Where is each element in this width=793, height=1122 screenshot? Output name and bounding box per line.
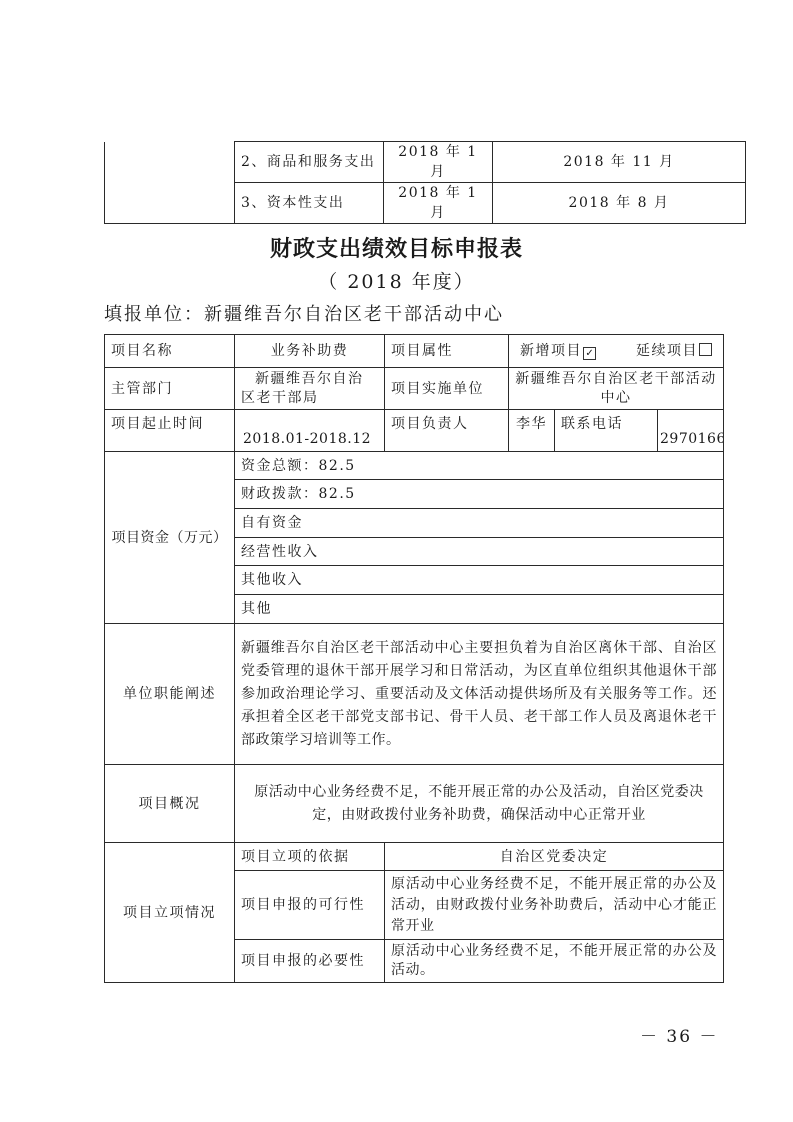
attr-new-label: 新增项目 (520, 343, 582, 359)
overview-text: 原活动中心业务经费不足，不能开展正常的办公及活动，自治区党委决定，由财政拨付业务… (235, 765, 724, 843)
project-name-label: 项目名称 (105, 335, 235, 368)
reporting-unit-value: 新疆维吾尔自治区老干部活动中心 (204, 304, 504, 325)
reporting-unit: 填报单位：新疆维吾尔自治区老干部活动中心 (104, 300, 504, 326)
approval-basis-value: 自治区党委决定 (385, 843, 724, 871)
function-label: 单位职能阐述 (105, 624, 235, 765)
expense-end: 2018 年 8 月 (493, 183, 746, 224)
expense-start: 2018 年 1 月 (384, 142, 493, 183)
attr-new-checkbox[interactable]: ✓ (583, 347, 596, 360)
feasibility-label: 项目申报的可行性 (235, 871, 385, 940)
expense-item: 3、资本性支出 (235, 183, 384, 224)
reporting-unit-label: 填报单位： (104, 304, 204, 325)
period-label: 项目起止时间 (105, 410, 235, 452)
attr-continue-label: 延续项目 (636, 343, 698, 359)
table-row: 项目起止时间 2018.01-2018.12 项目负责人 李华 联系电话 297… (105, 410, 724, 452)
dept-value: 新疆维吾尔自治区老干部局 (235, 368, 385, 410)
dept-label: 主管部门 (105, 368, 235, 410)
project-attr-label: 项目属性 (385, 335, 509, 368)
necessity-label: 项目申报的必要性 (235, 940, 385, 983)
table-row: 单位职能阐述 新疆维吾尔自治区老干部活动中心主要担负着为自治区离休干部、自治区党… (105, 624, 724, 765)
expense-start: 2018 年 1 月 (384, 183, 493, 224)
necessity-value: 原活动中心业务经费不足，不能开展正常的办公及活动。 (385, 940, 724, 983)
fund-item: 其他收入 (235, 566, 724, 595)
project-attr-value: 新增项目✓ 延续项目 (509, 335, 724, 368)
fund-item: 其他 (235, 595, 724, 624)
table-row: 项目名称 业务补助费 项目属性 新增项目✓ 延续项目 (105, 335, 724, 368)
expense-schedule-table: 2、商品和服务支出 2018 年 1 月 2018 年 11 月 3、资本性支出… (104, 141, 746, 224)
attr-continue-checkbox[interactable] (699, 343, 712, 356)
feasibility-value: 原活动中心业务经费不足，不能开展正常的办公及活动，由财政拨付业务补助费后，活动中… (385, 871, 724, 940)
leader-value: 李华 (509, 410, 555, 452)
fund-item: 资金总额：82.5 (235, 452, 724, 480)
page-number: － 36 － (640, 1022, 718, 1047)
impl-unit-label: 项目实施单位 (385, 368, 509, 410)
document-title: 财政支出绩效目标申报表 (0, 232, 793, 263)
project-name-value: 业务补助费 (235, 335, 385, 368)
funds-label: 项目资金（万元） (105, 452, 235, 624)
impl-unit-value: 新疆维吾尔自治区老干部活动中心 (509, 368, 724, 410)
fund-item: 经营性收入 (235, 538, 724, 566)
function-text: 新疆维吾尔自治区老干部活动中心主要担负着为自治区离休干部、自治区党委管理的退休干… (235, 624, 724, 765)
leader-label: 项目负责人 (385, 410, 509, 452)
table-row: 2、商品和服务支出 2018 年 1 月 2018 年 11 月 (105, 142, 746, 183)
merged-blank-cell (105, 142, 235, 224)
fund-item: 自有资金 (235, 509, 724, 538)
performance-target-form: 项目名称 业务补助费 项目属性 新增项目✓ 延续项目 主管部门 新疆维吾尔自治区… (104, 334, 724, 983)
table-row: 主管部门 新疆维吾尔自治区老干部局 项目实施单位 新疆维吾尔自治区老干部活动中心 (105, 368, 724, 410)
period-value: 2018.01-2018.12 (235, 410, 385, 452)
table-row: 项目资金（万元） 资金总额：82.5 (105, 452, 724, 480)
phone-label: 联系电话 (555, 410, 658, 452)
approval-basis-label: 项目立项的依据 (235, 843, 385, 871)
expense-item: 2、商品和服务支出 (235, 142, 384, 183)
approval-label: 项目立项情况 (105, 843, 235, 983)
fund-item: 财政拨款：82.5 (235, 480, 724, 509)
table-row: 项目概况 原活动中心业务经费不足，不能开展正常的办公及活动，自治区党委决定，由财… (105, 765, 724, 843)
document-year: （ 2018 年度） (0, 267, 793, 294)
phone-value: 2970166 (658, 410, 724, 452)
expense-end: 2018 年 11 月 (493, 142, 746, 183)
table-row: 项目立项情况 项目立项的依据 自治区党委决定 (105, 843, 724, 871)
overview-label: 项目概况 (105, 765, 235, 843)
